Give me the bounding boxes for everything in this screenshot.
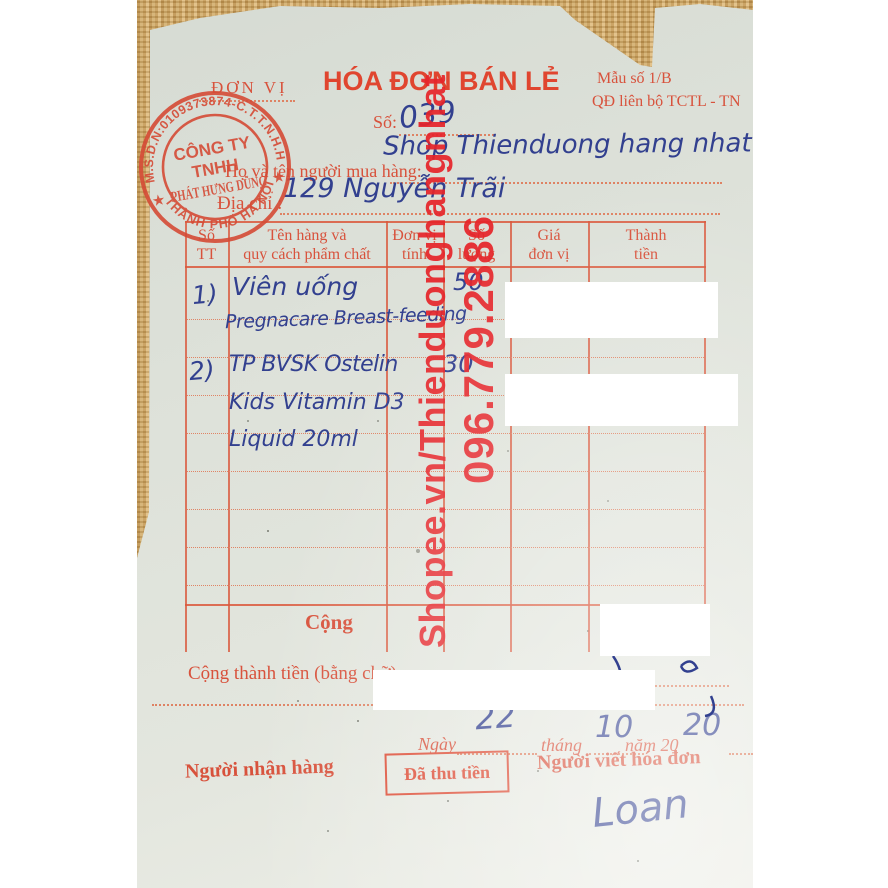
row1-index: 1) bbox=[191, 279, 219, 310]
col-header-text: quy cách phẩm chất bbox=[243, 246, 371, 263]
col-header-text: Giá bbox=[537, 227, 560, 244]
col-header-text: Thành bbox=[626, 227, 667, 244]
amount-in-words-label: Cộng thành tiền (bằng chữ): bbox=[188, 663, 402, 685]
form-decision: QĐ liên bộ TCTL - TN bbox=[592, 93, 741, 111]
stamp-star-left: ★ bbox=[151, 192, 167, 210]
col-header-text: đơn vị bbox=[529, 246, 570, 263]
watermark-phone: 096.779.2886 bbox=[455, 212, 503, 484]
redaction-box-row1-price bbox=[505, 282, 718, 338]
form-number: Mẫu số 1/B bbox=[597, 70, 672, 88]
redaction-box-amount-words bbox=[373, 670, 655, 710]
col-header-text: tiền bbox=[634, 246, 658, 263]
total-row-label: Cộng bbox=[305, 610, 353, 635]
table-vline bbox=[185, 221, 187, 652]
paid-stamp-box: Đã thu tiền bbox=[384, 750, 509, 795]
watermark-shop-url: Shopee.vn/Thienduonghangnhat bbox=[412, 73, 454, 648]
row1-item-line1: Viên uống bbox=[232, 272, 358, 301]
redaction-box-total bbox=[600, 604, 710, 656]
row2-item-line1: TP BVSK Ostelin bbox=[229, 352, 398, 377]
row2-index: 2) bbox=[188, 355, 216, 386]
date-dotted-3 bbox=[729, 752, 753, 755]
col-header-amount: Thành tiền bbox=[588, 226, 704, 264]
stamp-star-right: ★ bbox=[271, 169, 287, 187]
invoice-photo: ĐƠN VỊ HÓA ĐƠN BÁN LẺ Mẫu số 1/B QĐ liên… bbox=[0, 0, 888, 888]
row2-item-line2: Kids Vitamin D3 bbox=[229, 390, 405, 415]
col-header-price: Giá đơn vị bbox=[510, 226, 588, 264]
invoice-no-label: Số: bbox=[373, 112, 397, 133]
paid-stamp-text: Đã thu tiền bbox=[404, 761, 491, 784]
redaction-box-row2-price bbox=[505, 374, 738, 426]
company-stamp: M.S.D.N:0109373874-C.T.T.N.H.H THÀNH PHỐ… bbox=[137, 69, 313, 266]
table-vline bbox=[386, 221, 388, 652]
address-handwritten: 129 Nguyễn Trãi bbox=[283, 173, 505, 204]
row2-item-line3: Liquid 20ml bbox=[229, 427, 358, 452]
photo-background: ĐƠN VỊ HÓA ĐƠN BÁN LẺ Mẫu số 1/B QĐ liên… bbox=[137, 0, 753, 888]
